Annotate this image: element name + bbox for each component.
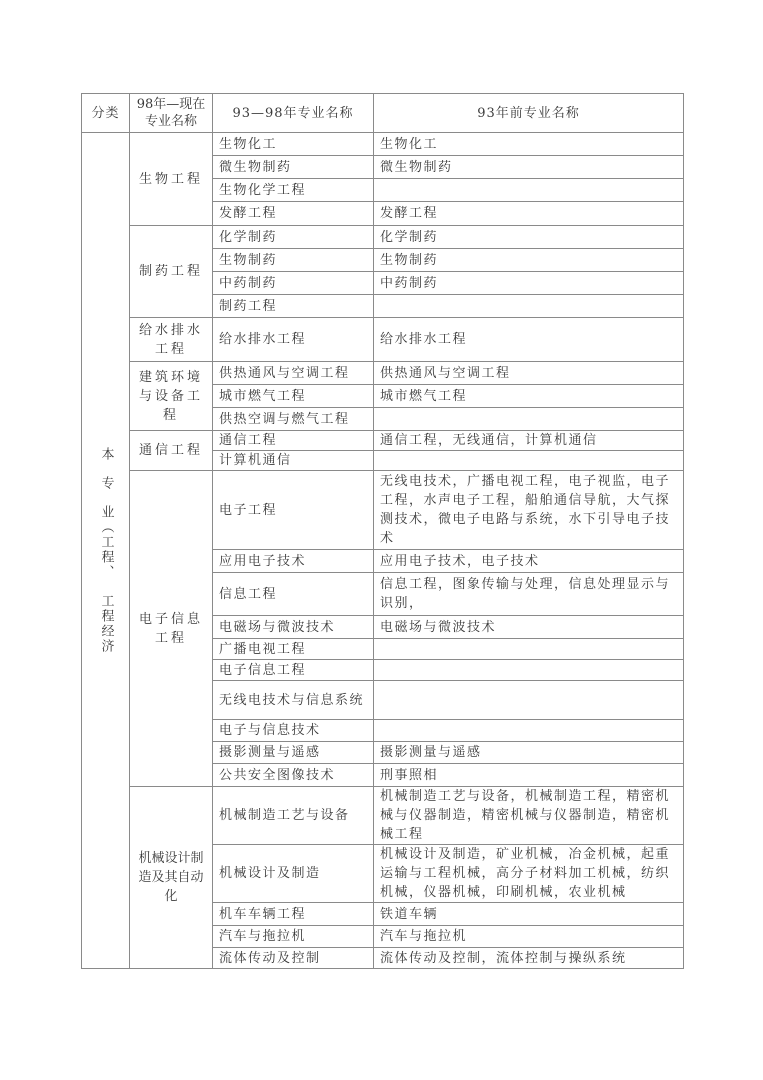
mid-major-cell: 电子信息工程: [213, 660, 374, 681]
old-major-cell: 生物化工: [374, 133, 684, 156]
table-row: 电子信息工程电子工程无线电技术，广播电视工程，电子视监，电子工程，水声电子工程，…: [82, 471, 684, 550]
old-major-cell: 机械设计及制造，矿业机械，冶金机械，起重运输与工程机械，高分子材料加工机械，纺织…: [374, 845, 684, 903]
old-major-cell: [374, 295, 684, 318]
mid-major-cell: 生物化学工程: [213, 179, 374, 202]
mid-major-cell: 机械制造工艺与设备: [213, 787, 374, 845]
old-major-cell: [374, 451, 684, 471]
table-row: 给水排水工程给水排水工程给水排水工程: [82, 318, 684, 362]
mid-major-cell: 机车车辆工程: [213, 903, 374, 926]
mid-major-cell: 生物制药: [213, 249, 374, 272]
old-major-cell: 无线电技术，广播电视工程，电子视监，电子工程，水声电子工程，船舶通信导航，大气探…: [374, 471, 684, 550]
current-major-cell: 机械设计制造及其自动化: [130, 787, 213, 969]
old-major-cell: 发酵工程: [374, 202, 684, 226]
old-major-cell: 通信工程，无线通信，计算机通信: [374, 431, 684, 451]
category-cell: 本专业（工程、工程经济: [82, 133, 130, 969]
mid-major-cell: 机械设计及制造: [213, 845, 374, 903]
table-row: 机械设计制造及其自动化机械制造工艺与设备机械制造工艺与设备，机械制造工程，精密机…: [82, 787, 684, 845]
current-major-cell: 给水排水工程: [130, 318, 213, 362]
old-major-cell: 流体传动及控制，流体控制与操纵系统: [374, 948, 684, 969]
current-major-cell: 电子信息工程: [130, 471, 213, 787]
mid-major-cell: 信息工程: [213, 573, 374, 616]
old-major-cell: 中药制药: [374, 272, 684, 295]
header-current-major: 98年—现在专业名称: [130, 94, 213, 133]
mid-major-cell: 生物化工: [213, 133, 374, 156]
mid-major-cell: 微生物制药: [213, 156, 374, 179]
mid-major-cell: 电磁场与微波技术: [213, 616, 374, 639]
mid-major-cell: 供热空调与燃气工程: [213, 408, 374, 431]
old-major-cell: 刑事照相: [374, 764, 684, 787]
old-major-cell: 摄影测量与遥感: [374, 742, 684, 764]
old-major-cell: 生物制药: [374, 249, 684, 272]
old-major-cell: [374, 179, 684, 202]
mid-major-cell: 城市燃气工程: [213, 385, 374, 408]
mid-major-cell: 发酵工程: [213, 202, 374, 226]
mid-major-cell: 流体传动及控制: [213, 948, 374, 969]
old-major-cell: [374, 408, 684, 431]
old-major-cell: [374, 639, 684, 660]
old-major-cell: 应用电子技术，电子技术: [374, 550, 684, 573]
table-row: 制药工程化学制药化学制药: [82, 226, 684, 249]
table-row: 建筑环境与设备工程供热通风与空调工程供热通风与空调工程: [82, 362, 684, 385]
old-major-cell: [374, 681, 684, 720]
old-major-cell: 供热通风与空调工程: [374, 362, 684, 385]
mid-major-cell: 给水排水工程: [213, 318, 374, 362]
header-pre93-major: 93年前专业名称: [374, 94, 684, 133]
mid-major-cell: 化学制药: [213, 226, 374, 249]
mid-major-cell: 无线电技术与信息系统: [213, 681, 374, 720]
old-major-cell: 电磁场与微波技术: [374, 616, 684, 639]
old-major-cell: [374, 660, 684, 681]
mid-major-cell: 广播电视工程: [213, 639, 374, 660]
current-major-cell: 制药工程: [130, 226, 213, 318]
mid-major-cell: 电子与信息技术: [213, 720, 374, 742]
header-row: 分类 98年—现在专业名称 93—98年专业名称 93年前专业名称: [82, 94, 684, 133]
mid-major-cell: 中药制药: [213, 272, 374, 295]
mid-major-cell: 公共安全图像技术: [213, 764, 374, 787]
mid-major-cell: 供热通风与空调工程: [213, 362, 374, 385]
old-major-cell: [374, 720, 684, 742]
mid-major-cell: 通信工程: [213, 431, 374, 451]
current-major-cell: 建筑环境与设备工程: [130, 362, 213, 431]
old-major-cell: 信息工程，图象传输与处理，信息处理显示与识别，: [374, 573, 684, 616]
mid-major-cell: 应用电子技术: [213, 550, 374, 573]
old-major-cell: 化学制药: [374, 226, 684, 249]
header-93-98-major: 93—98年专业名称: [213, 94, 374, 133]
old-major-cell: 机械制造工艺与设备，机械制造工程，精密机械与仪器制造，精密机械与仪器制造，精密机…: [374, 787, 684, 845]
old-major-cell: 微生物制药: [374, 156, 684, 179]
mid-major-cell: 摄影测量与遥感: [213, 742, 374, 764]
table-row: 本专业（工程、工程经济生物工程生物化工生物化工: [82, 133, 684, 156]
current-major-cell: 生物工程: [130, 133, 213, 226]
category-label: 本专业（工程、工程经济: [98, 447, 114, 654]
header-category: 分类: [82, 94, 130, 133]
mid-major-cell: 电子工程: [213, 471, 374, 550]
mid-major-cell: 汽车与拖拉机: [213, 926, 374, 948]
old-major-cell: 汽车与拖拉机: [374, 926, 684, 948]
old-major-cell: 铁道车辆: [374, 903, 684, 926]
mid-major-cell: 计算机通信: [213, 451, 374, 471]
old-major-cell: 给水排水工程: [374, 318, 684, 362]
current-major-cell: 通信工程: [130, 431, 213, 471]
mid-major-cell: 制药工程: [213, 295, 374, 318]
major-mapping-table: 分类 98年—现在专业名称 93—98年专业名称 93年前专业名称 本专业（工程…: [81, 93, 684, 969]
old-major-cell: 城市燃气工程: [374, 385, 684, 408]
table-row: 通信工程通信工程通信工程，无线通信，计算机通信: [82, 431, 684, 451]
